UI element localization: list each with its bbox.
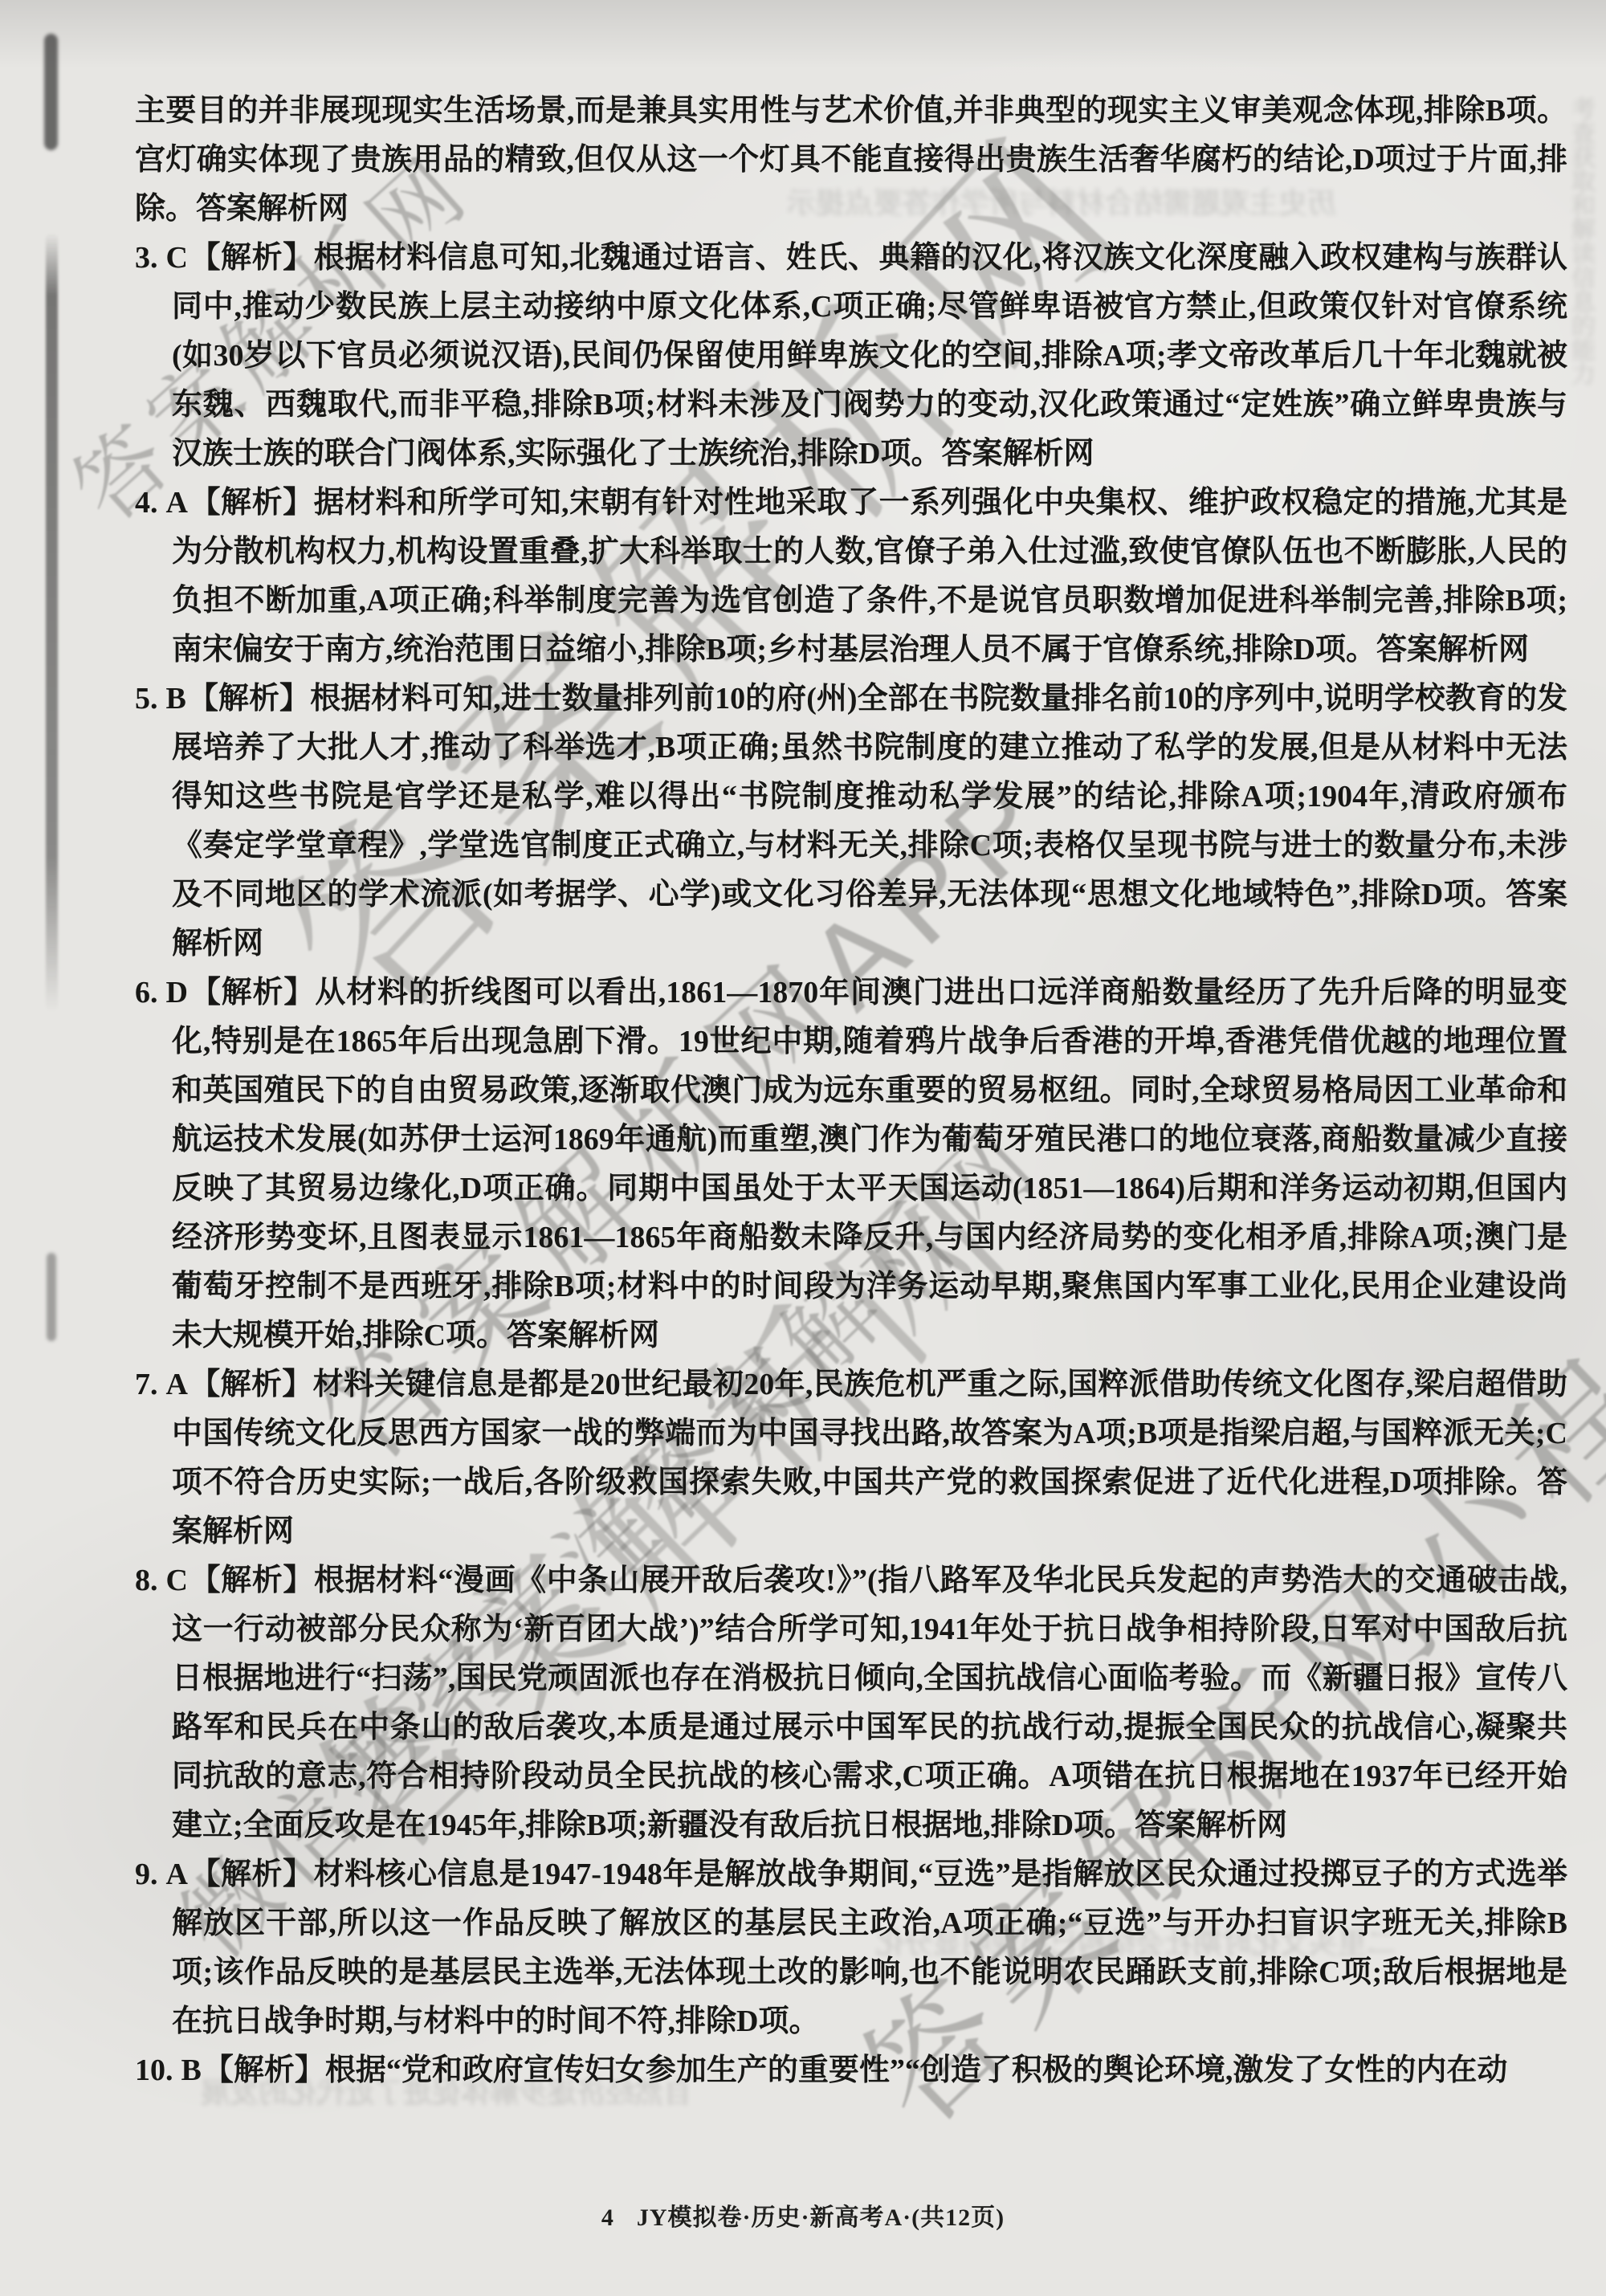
page-number: 4 bbox=[601, 2204, 614, 2231]
item-number: 3. bbox=[135, 241, 166, 275]
item-explanation-text: 根据“党和政府宣传妇女参加生产的重要性”“创造了积极的舆论环境,激发了女性的内在… bbox=[325, 2053, 1508, 2087]
item-number: 10. bbox=[135, 2053, 181, 2087]
answer-item-7: 7.A【解析】材料关键信息是都是20世纪最初20年,民族危机严重之际,国粹派借助… bbox=[135, 1360, 1567, 1556]
answer-item-6: 6.D【解析】从材料的折线图可以看出,1861—1870年间澳门进出口远洋商船数… bbox=[135, 969, 1567, 1360]
item-answer-letter: B bbox=[166, 682, 188, 716]
page-footer: 4JY模拟卷·历史·新高考A·(共12页) bbox=[0, 2197, 1606, 2233]
answer-item-4: 4.A【解析】据材料和所学可知,宋朝有针对性地采取了一系列强化中央集权、维护政权… bbox=[135, 479, 1567, 675]
paragraph-continuation: 主要目的并非展现现实生活场景,而是兼具实用性与艺术价值,并非典型的现实主义审美观… bbox=[135, 87, 1567, 234]
scanned-exam-answer-page: 答案解析网答案解析网答案解析网APP答案解析网答案解析网小程序微信搜索关注答案解… bbox=[0, 0, 1606, 2296]
answer-item-8: 8.C【解析】根据材料“漫画《中条山展开敌后袭攻!》”(指八路军及华北民兵发起的… bbox=[135, 1556, 1567, 1850]
item-answer-letter: A bbox=[166, 1368, 190, 1401]
item-explanation-text: 根据材料可知,进士数量排列前10的府(州)全部在书院数量排名前10的序列中,说明… bbox=[172, 682, 1567, 960]
item-answer-letter: D bbox=[166, 976, 190, 1009]
answer-item-9: 9.A【解析】材料核心信息是1947-1948年是解放战争期间,“豆选”是指解放… bbox=[135, 1850, 1567, 2046]
item-explanation-text: 材料核心信息是1947-1948年是解放战争期间,“豆选”是指解放区民众通过投掷… bbox=[172, 1858, 1567, 2038]
item-number: 5. bbox=[135, 682, 166, 716]
analysis-marker: 【解析】 bbox=[190, 1858, 314, 1891]
item-explanation-text: 从材料的折线图可以看出,1861—1870年间澳门进出口远洋商船数量经历了先升后… bbox=[172, 976, 1567, 1352]
answer-item-10: 10.B【解析】根据“党和政府宣传妇女参加生产的重要性”“创造了积极的舆论环境,… bbox=[135, 2046, 1567, 2095]
item-number: 9. bbox=[135, 1858, 166, 1891]
analysis-marker: 【解析】 bbox=[203, 2053, 325, 2087]
item-answer-letter: B bbox=[181, 2053, 203, 2087]
item-number: 4. bbox=[135, 486, 166, 520]
item-answer-letter: A bbox=[166, 1858, 190, 1891]
answer-explanations: 主要目的并非展现现实生活场景,而是兼具实用性与艺术价值,并非典型的现实主义审美观… bbox=[0, 87, 1606, 2095]
item-answer-letter: C bbox=[166, 1564, 190, 1597]
item-explanation-text: 根据材料信息可知,北魏通过语言、姓氏、典籍的汉化,将汉族文化深度融入政权建构与族… bbox=[172, 241, 1567, 471]
item-explanation-text: 根据材料“漫画《中条山展开敌后袭攻!》”(指八路军及华北民兵发起的声势浩大的交通… bbox=[172, 1564, 1567, 1842]
item-explanation-text: 材料关键信息是都是20世纪最初20年,民族危机严重之际,国粹派借助传统文化图存,… bbox=[172, 1368, 1567, 1548]
analysis-marker: 【解析】 bbox=[190, 1368, 313, 1401]
item-number: 7. bbox=[135, 1368, 166, 1401]
item-answer-letter: A bbox=[166, 486, 190, 520]
analysis-marker: 【解析】 bbox=[188, 682, 310, 716]
analysis-marker: 【解析】 bbox=[190, 241, 314, 275]
footer-label: JY模拟卷·历史·新高考A·(共12页) bbox=[637, 2204, 1005, 2231]
answer-item-5: 5.B【解析】根据材料可知,进士数量排列前10的府(州)全部在书院数量排名前10… bbox=[135, 675, 1567, 969]
item-answer-letter: C bbox=[166, 241, 190, 275]
item-explanation-text: 据材料和所学可知,宋朝有针对性地采取了一系列强化中央集权、维护政权稳定的措施,尤… bbox=[172, 486, 1567, 667]
answer-items-list: 3.C【解析】根据材料信息可知,北魏通过语言、姓氏、典籍的汉化,将汉族文化深度融… bbox=[135, 234, 1567, 2095]
answer-item-3: 3.C【解析】根据材料信息可知,北魏通过语言、姓氏、典籍的汉化,将汉族文化深度融… bbox=[135, 234, 1567, 479]
item-number: 6. bbox=[135, 976, 166, 1009]
analysis-marker: 【解析】 bbox=[190, 976, 315, 1009]
item-number: 8. bbox=[135, 1564, 166, 1597]
analysis-marker: 【解析】 bbox=[190, 486, 314, 520]
analysis-marker: 【解析】 bbox=[190, 1564, 314, 1597]
